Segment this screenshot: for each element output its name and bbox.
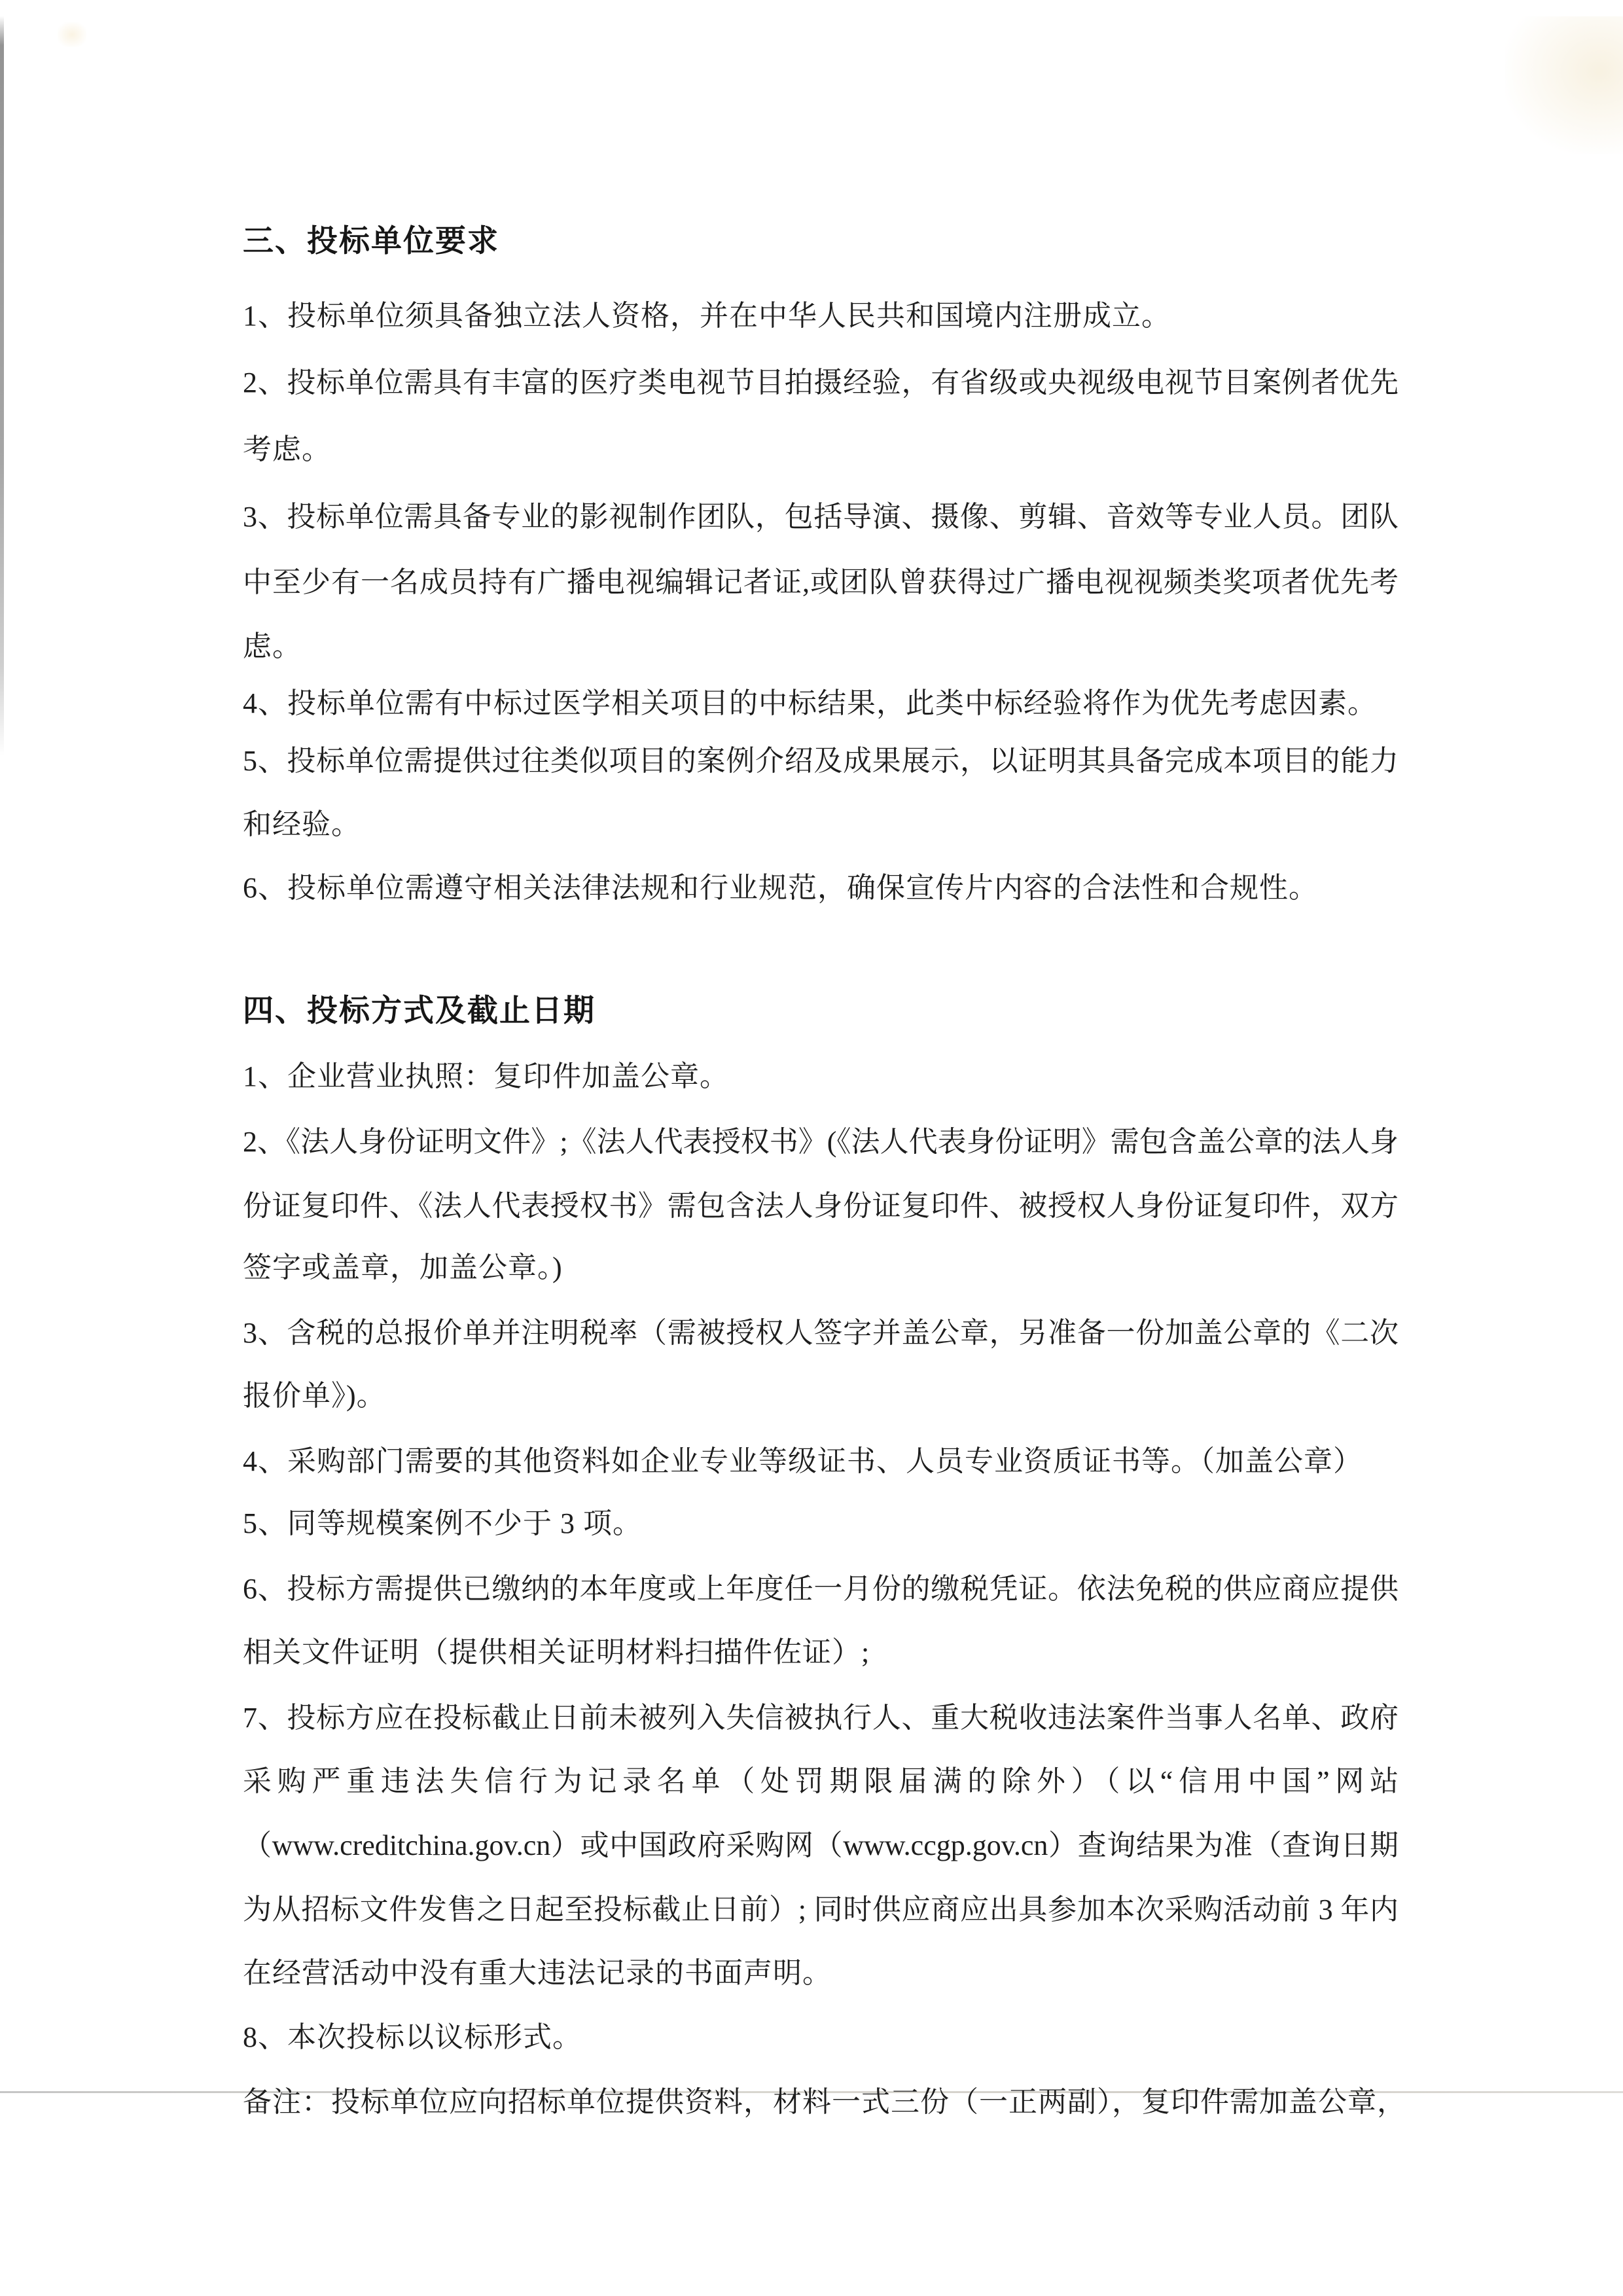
doc-line: 6、投标单位需遵守相关法律法规和行业规范，确保宣传片内容的合法性和合规性。 [243, 856, 1399, 920]
doc-line: 7、投标方应在投标截止日前未被列入失信被执行人、重大税收违法案件当事人名单、政府 [243, 1686, 1399, 1750]
doc-line: 1、投标单位须具备独立法人资格，并在中华人民共和国境内注册成立。 [243, 284, 1399, 348]
doc-line: 中至少有一名成员持有广播电视编辑记者证,或团队曾获得过广播电视视频类奖项者优先考 [243, 550, 1399, 615]
doc-line: 份证复印件、《法人代表授权书》需包含法人身份证复印件、被授权人身份证复印件，双方 [243, 1174, 1399, 1238]
doc-line: 和经验。 [243, 793, 1399, 857]
doc-line: 5、投标单位需提供过往类似项目的案例介绍及成果展示，以证明其具备完成本项目的能力 [243, 729, 1399, 793]
doc-line: 相关文件证明（提供相关证明材料扫描件佐证）; [243, 1621, 1399, 1685]
doc-line: 考虑。 [243, 418, 1399, 482]
doc-line: 4、投标单位需有中标过医学相关项目的中标结果，此类中标经验将作为优先考虑因素。 [243, 672, 1399, 736]
doc-line: 1、企业营业执照：复印件加盖公章。 [243, 1045, 1399, 1109]
doc-line: 为从招标文件发售之日起至投标截止日前）; 同时供应商应出具参加本次采购活动前 3… [243, 1878, 1399, 1942]
doc-line: 6、投标方需提供已缴纳的本年度或上年度任一月份的缴税凭证。依法免税的供应商应提供 [243, 1557, 1399, 1621]
doc-line: 2、《法人身份证明文件》;《法人代表授权书》(《法人代表身份证明》需包含盖公章的… [243, 1110, 1399, 1174]
doc-line: 3、投标单位需具备专业的影视制作团队，包括导演、摄像、剪辑、音效等专业人员。团队 [243, 485, 1399, 549]
doc-line: 虑。 [243, 615, 1399, 679]
doc-line: （www.creditchina.gov.cn）或中国政府采购网（www.ccg… [243, 1814, 1399, 1878]
doc-line: 3、含税的总报价单并注明税率（需被授权人签字并盖公章，另准备一份加盖公章的《二次 [243, 1301, 1399, 1365]
doc-note-line: 备注：投标单位应向招标单位提供资料，材料一式三份（一正两副），复印件需加盖公章， [243, 2070, 1399, 2134]
doc-line: 2、投标单位需具有丰富的医疗类电视节目拍摄经验，有省级或央视级电视节目案例者优先 [243, 351, 1399, 415]
section-heading: 三、投标单位要求 [243, 209, 1399, 274]
scan-edge-artifact [0, 16, 4, 755]
scanned-document-page: 三、投标单位要求 1、投标单位须具备独立法人资格，并在中华人民共和国境内注册成立… [0, 0, 1623, 2296]
section-heading: 四、投标方式及截止日期 [243, 979, 1399, 1043]
doc-line: 在经营活动中没有重大违法记录的书面声明。 [243, 1941, 1399, 2005]
doc-line: 5、同等规模案例不少于 3 项。 [243, 1492, 1399, 1556]
doc-line: 采购严重违法失信行为记录名单（处罚期限届满的除外）（以“信用中国”网站 [243, 1749, 1399, 1814]
doc-line: 8、本次投标以议标形式。 [243, 2005, 1399, 2070]
doc-line: 报价单》)。 [243, 1364, 1399, 1428]
scan-smudge [58, 22, 86, 47]
doc-line: 4、采购部门需要的其他资料如企业专业等级证书、人员专业资质证书等。（加盖公章） [243, 1429, 1399, 1494]
scan-smudge [1505, 16, 1623, 154]
doc-line: 签字或盖章，加盖公章。) [243, 1236, 1399, 1300]
